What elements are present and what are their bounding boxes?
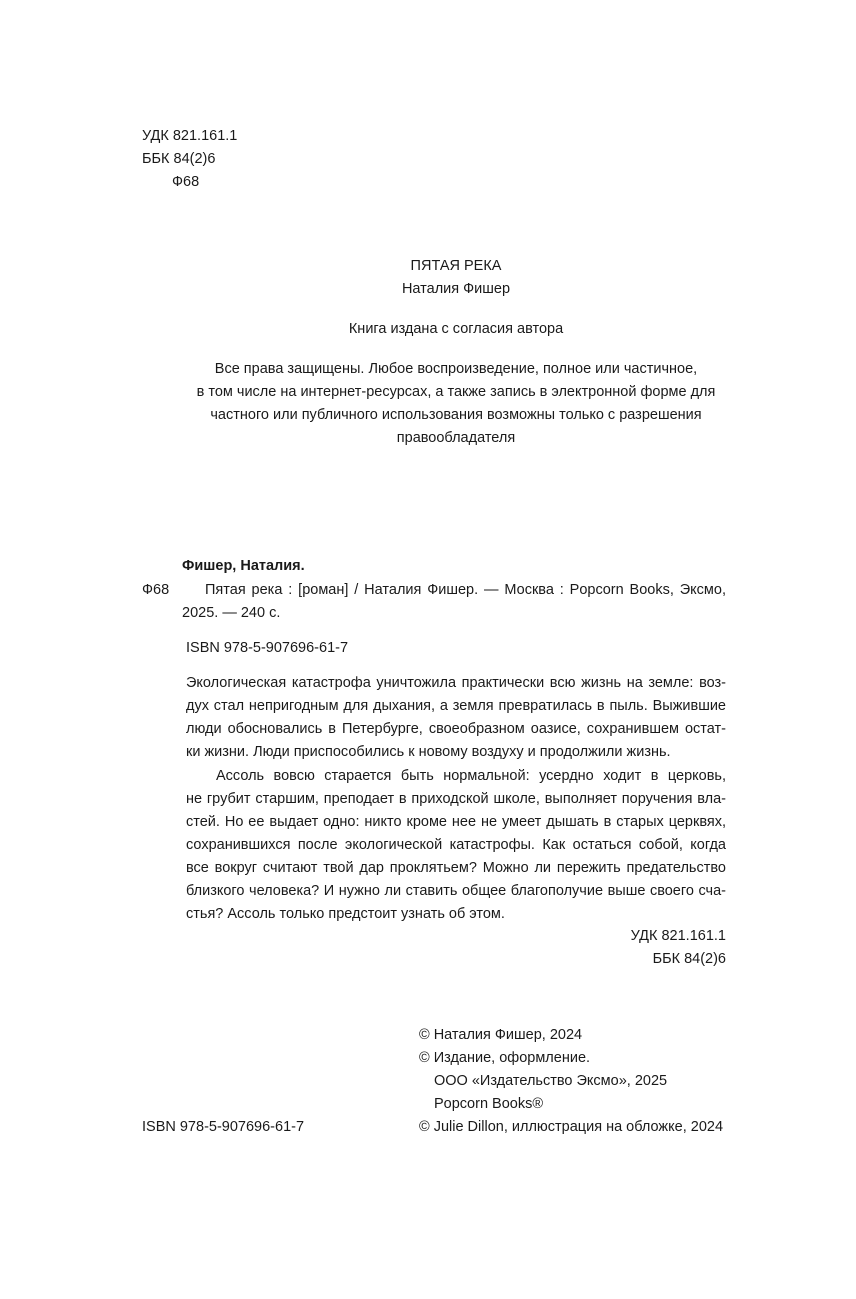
copyright-line: © Julie Dillon, иллюстрация на обложке, … — [419, 1117, 723, 1137]
rights-line: частного или публичного использования во… — [0, 405, 856, 425]
catalog-entry-line: 2025. — 240 с. — [182, 603, 280, 623]
catalog-udk: УДК 821.161.1 — [631, 926, 726, 946]
annotation-line: ки жизни. Люди приспособились к новому в… — [186, 742, 726, 762]
annotation-line: люди обосновались в Петербурге, своеобра… — [186, 719, 726, 739]
consent-note: Книга издана с согласия автора — [0, 319, 856, 339]
annotation-line: все вокруг считают твой дар проклятьем? … — [186, 858, 726, 878]
catalog-author-heading: Фишер, Наталия. — [182, 556, 305, 576]
annotation-line: не грубит старшим, преподает в приходско… — [186, 789, 726, 809]
annotation-line: Ассоль вовсю старается быть нормальной: … — [216, 766, 726, 786]
rights-line: в том числе на интернет-ресурсах, а такж… — [0, 382, 856, 402]
rights-line: Все права защищены. Любое воспроизведени… — [0, 359, 856, 379]
catalog-entry-line: Пятая река : [роман] / Наталия Фишер. — … — [205, 580, 726, 600]
rights-line: правообладателя — [0, 428, 856, 448]
copyright-line: ООО «Издательство Эксмо», 2025 — [434, 1071, 667, 1091]
catalog-bbk: ББК 84(2)6 — [653, 949, 726, 969]
header-udk: УДК 821.161.1 — [142, 126, 237, 146]
annotation-line: стья? Ассоль только предстоит узнать об … — [186, 904, 726, 924]
book-author: Наталия Фишер — [0, 279, 856, 299]
annotation-line: сохранившихся после экологической катаст… — [186, 835, 726, 855]
header-code: Ф68 — [172, 172, 199, 192]
catalog-isbn: ISBN 978-5-907696-61-7 — [186, 638, 348, 658]
annotation-line: Экологическая катастрофа уничтожила прак… — [186, 673, 726, 693]
annotation-line: близкого человека? И нужно ли ставить об… — [186, 881, 726, 901]
copyright-line: Popcorn Books® — [434, 1094, 543, 1114]
footer-isbn: ISBN 978-5-907696-61-7 — [142, 1117, 304, 1137]
annotation-line: стей. Но ее выдает одно: никто кроме нее… — [186, 812, 726, 832]
copyright-line: © Наталия Фишер, 2024 — [419, 1025, 582, 1045]
copyright-line: © Издание, оформление. — [419, 1048, 590, 1068]
book-title: ПЯТАЯ РЕКА — [0, 256, 856, 276]
header-bbk: ББК 84(2)6 — [142, 149, 215, 169]
catalog-code: Ф68 — [142, 580, 169, 600]
annotation-line: дух стал непригодным для дыхания, а земл… — [186, 696, 726, 716]
